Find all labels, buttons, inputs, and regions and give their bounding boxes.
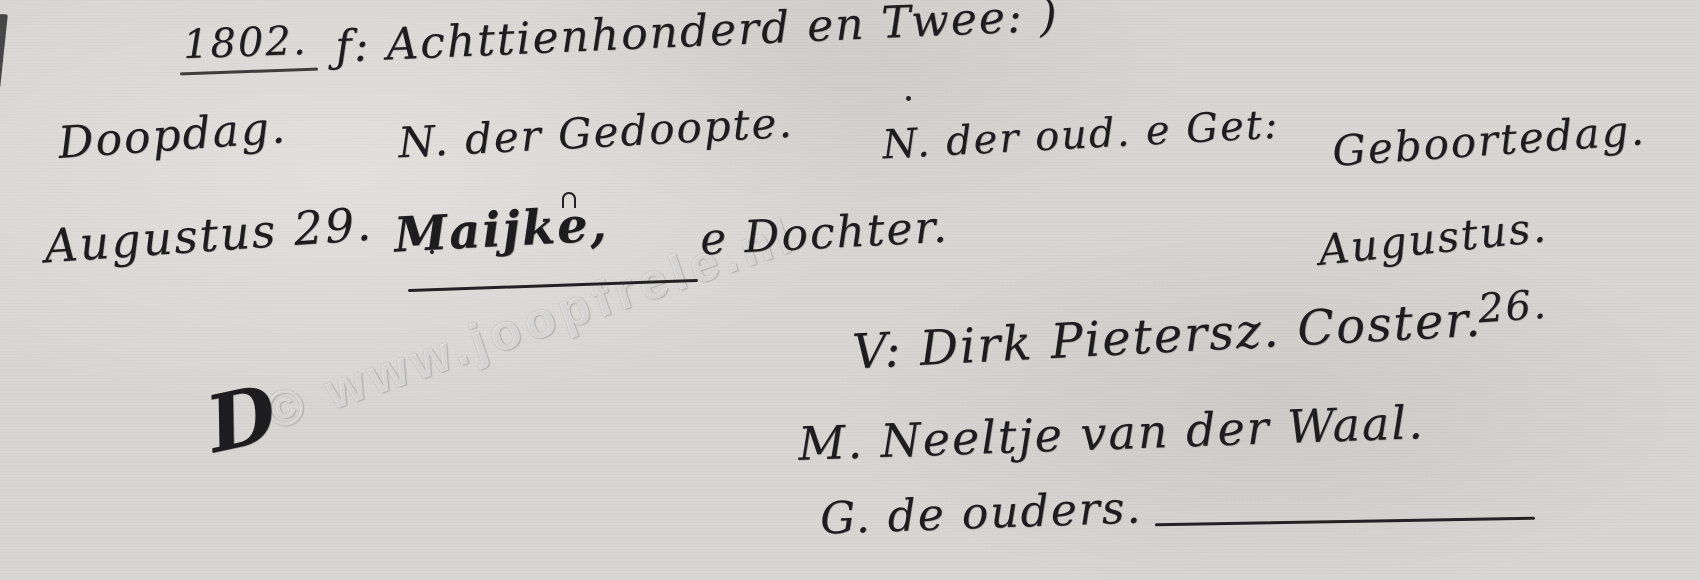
scanned-baptism-register-page: © www.joopfrele.nl 1802. ƒ: Achttienhond… — [0, 0, 1700, 580]
entry-baptism-date: Augustus 29. — [43, 197, 375, 274]
ink-speck — [430, 250, 434, 254]
entry-child-name: Maijke, — [393, 196, 610, 263]
year-underline — [180, 68, 318, 76]
header-name-of-baptized: N. der Gedoopte. — [397, 98, 795, 168]
header-baptism-day: Doopdag. — [57, 102, 289, 169]
ink-speck — [562, 192, 576, 208]
scan-edge-ink-mark — [0, 14, 8, 88]
entry-mother-name: M. Neeltje van der Waal. — [797, 395, 1425, 471]
entry-child-descriptor: e Dochter. — [699, 202, 950, 266]
year-written-out: ƒ: Achttienhonderd en Twee: ) — [334, 0, 1060, 73]
entry-birth-day-number: 26. — [1476, 282, 1549, 333]
entry-birth-month: Augustus. — [1316, 202, 1550, 275]
witness-flourish-line — [1155, 517, 1535, 527]
year-number: 1802. — [182, 18, 308, 68]
ink-speck — [906, 96, 911, 101]
header-names-of-parents-and-witnesses: N. der oud. e Get: — [881, 102, 1280, 169]
entry-witnesses: G. de ouders. — [819, 482, 1143, 544]
header-birth-day: Geboortedag. — [1331, 105, 1647, 176]
entry-father-name: V: Dirk Pietersz. Coster. — [851, 292, 1483, 381]
